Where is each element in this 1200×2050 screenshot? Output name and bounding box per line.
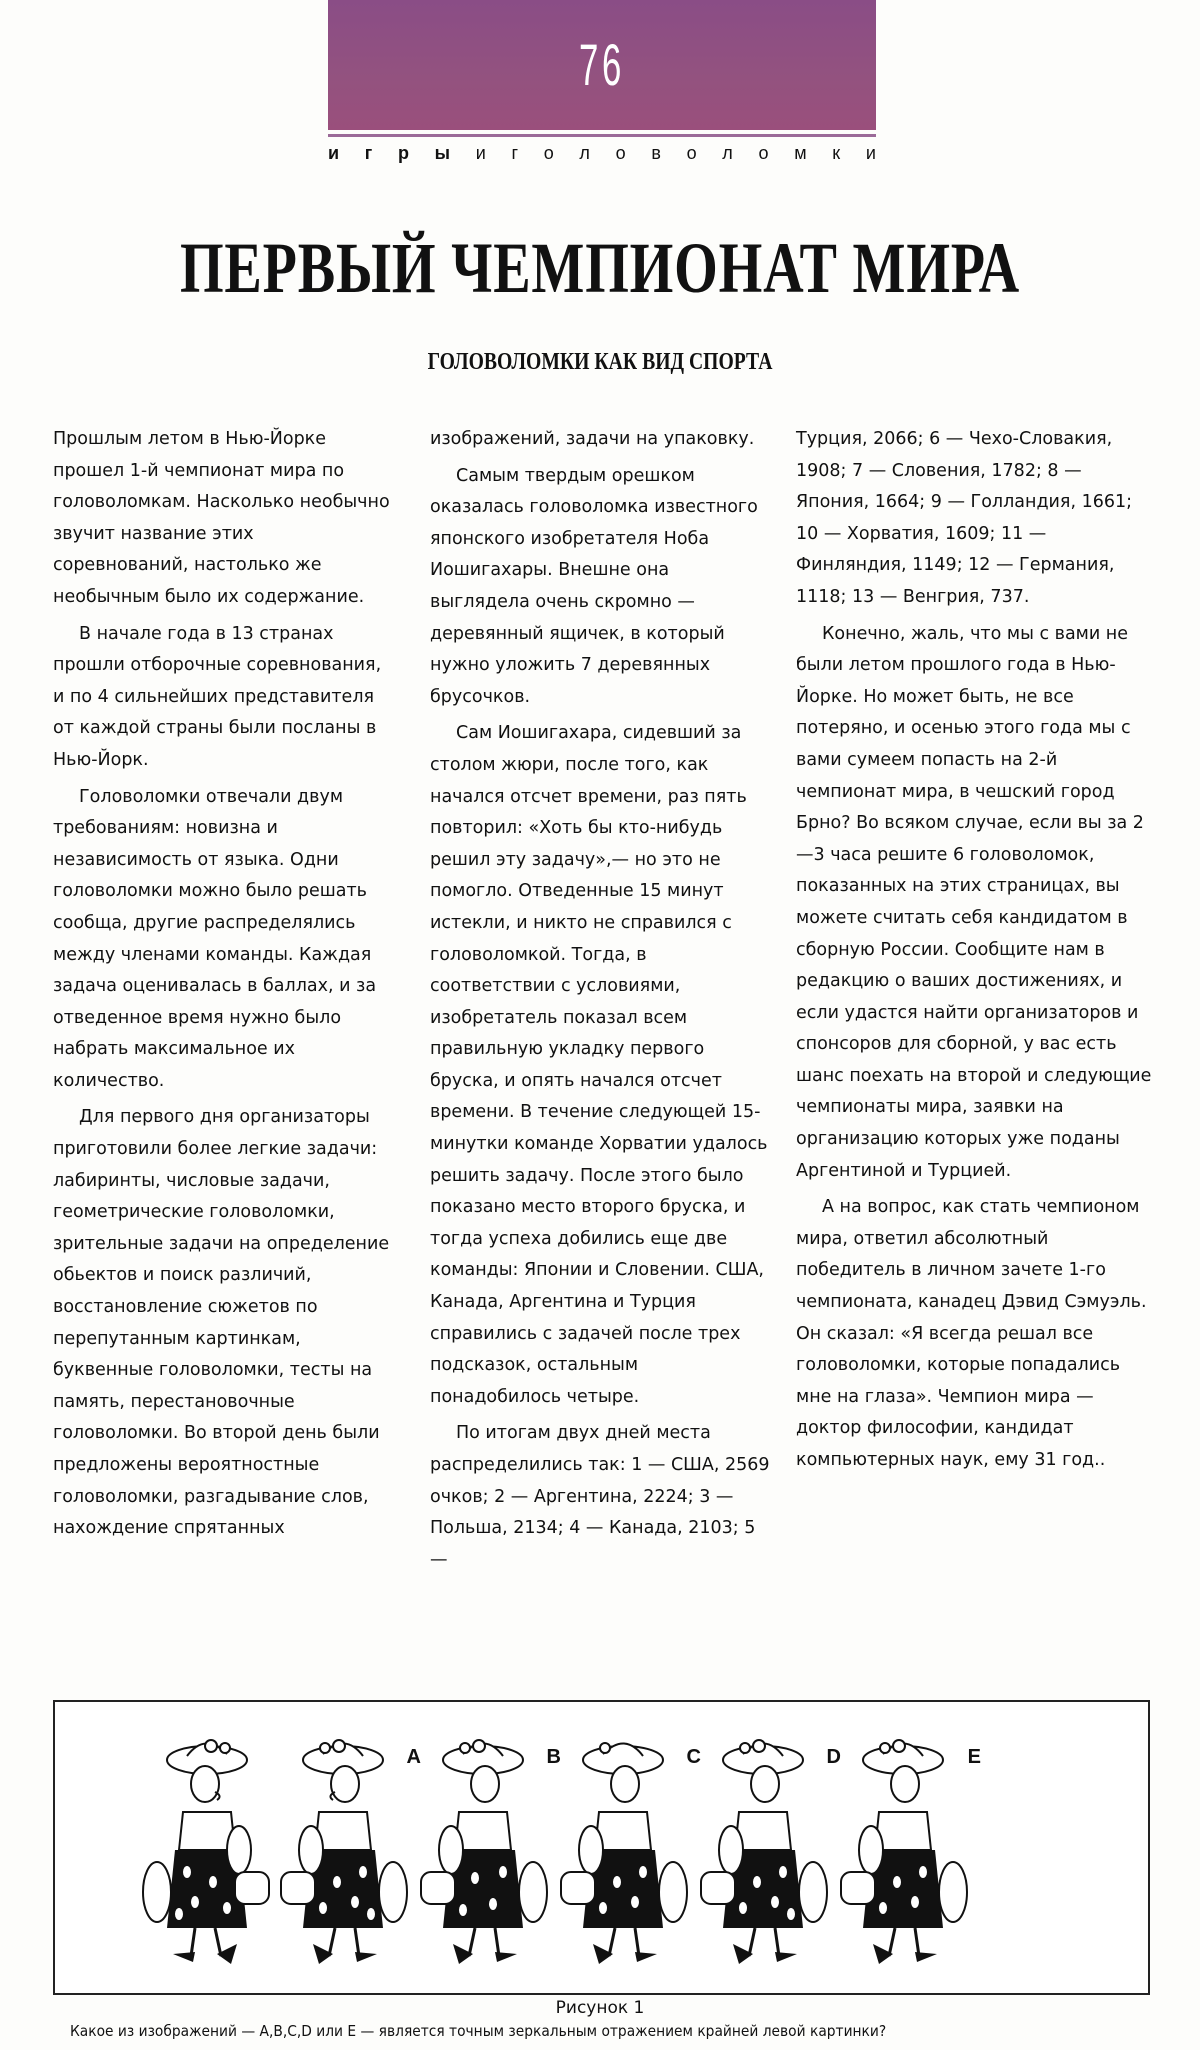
section-letter: и xyxy=(328,143,339,164)
paragraph: Самым твердым орешком оказалась головоло… xyxy=(430,461,770,714)
paragraph: Головоломки отвечали двум требованиям: н… xyxy=(53,782,393,1098)
section-letter: к xyxy=(832,143,840,164)
puzzle-figure: A B xyxy=(53,1700,1150,1995)
paragraph: А на вопрос, как стать чемпионом мира, о… xyxy=(796,1192,1156,1476)
section-letter: г xyxy=(511,143,518,164)
option-label: E xyxy=(968,1746,981,1769)
section-letter: л xyxy=(579,143,590,164)
section-label: и г р ы и г о л о в о л о м к и xyxy=(328,140,876,166)
paragraph: По итогам двух дней места распределились… xyxy=(430,1418,770,1576)
header-rule xyxy=(328,134,876,137)
section-letter: ы xyxy=(435,143,450,164)
section-letter: о xyxy=(687,143,697,164)
lady-illustration-d[interactable]: D xyxy=(695,1732,835,1972)
paragraph: Прошлым летом в Нью-Йорке прошел 1-й чем… xyxy=(53,424,393,614)
figure-row: A B xyxy=(135,1732,948,1973)
paragraph: Турция, 2066; 6 — Чехо-Словакия, 1908; 7… xyxy=(796,424,1156,614)
paragraph: Для первого дня организаторы приготовили… xyxy=(53,1102,393,1544)
lady-icon xyxy=(555,1732,695,1972)
paragraph: изображений, задачи на упаковку. xyxy=(430,424,770,456)
lady-icon xyxy=(275,1732,415,1972)
lady-illustration-e[interactable]: E xyxy=(835,1732,975,1972)
section-letter: о xyxy=(616,143,626,164)
lady-illustration-c[interactable]: C xyxy=(555,1732,695,1972)
article-subtitle: ГОЛОВОЛОМКИ КАК ВИД СПОРТА xyxy=(108,350,1092,374)
article-column-1: Прошлым летом в Нью-Йорке прошел 1-й чем… xyxy=(53,424,393,1550)
lady-icon xyxy=(695,1732,835,1972)
section-letter: и xyxy=(866,143,876,164)
section-letter: г xyxy=(365,143,373,164)
paragraph: Конечно, жаль, что мы с вами не были лет… xyxy=(796,619,1156,1188)
lady-icon xyxy=(415,1732,555,1972)
paragraph: Сам Иошигахара, сидевший за столом жюри,… xyxy=(430,718,770,1413)
figure-question: Какое из изображений — A,B,C,D или E — я… xyxy=(70,2022,1091,2040)
lady-icon xyxy=(135,1732,275,1972)
section-letter: л xyxy=(722,143,733,164)
lady-illustration-a[interactable]: A xyxy=(275,1732,415,1972)
paragraph: В начале года в 13 странах прошли отборо… xyxy=(53,619,393,777)
article-title: ПЕРВЫЙ ЧЕМПИОНАТ МИРА xyxy=(132,232,1068,304)
figure-caption: Рисунок 1 xyxy=(0,1998,1200,2018)
lady-icon xyxy=(835,1732,975,1972)
lady-illustration-original xyxy=(135,1732,275,1972)
lady-illustration-b[interactable]: B xyxy=(415,1732,555,1972)
page-number: 76 xyxy=(438,32,767,99)
article-column-2: изображений, задачи на упаковку. Самым т… xyxy=(430,424,770,1581)
section-letter: р xyxy=(398,143,409,164)
section-letter: и xyxy=(476,143,486,164)
section-letter: о xyxy=(758,143,768,164)
section-letter: о xyxy=(544,143,554,164)
section-letter: м xyxy=(794,143,806,164)
section-letter: в xyxy=(651,143,661,164)
header-band: 76 xyxy=(328,0,876,130)
article-column-3: Турция, 2066; 6 — Чехо-Словакия, 1908; 7… xyxy=(796,424,1156,1482)
